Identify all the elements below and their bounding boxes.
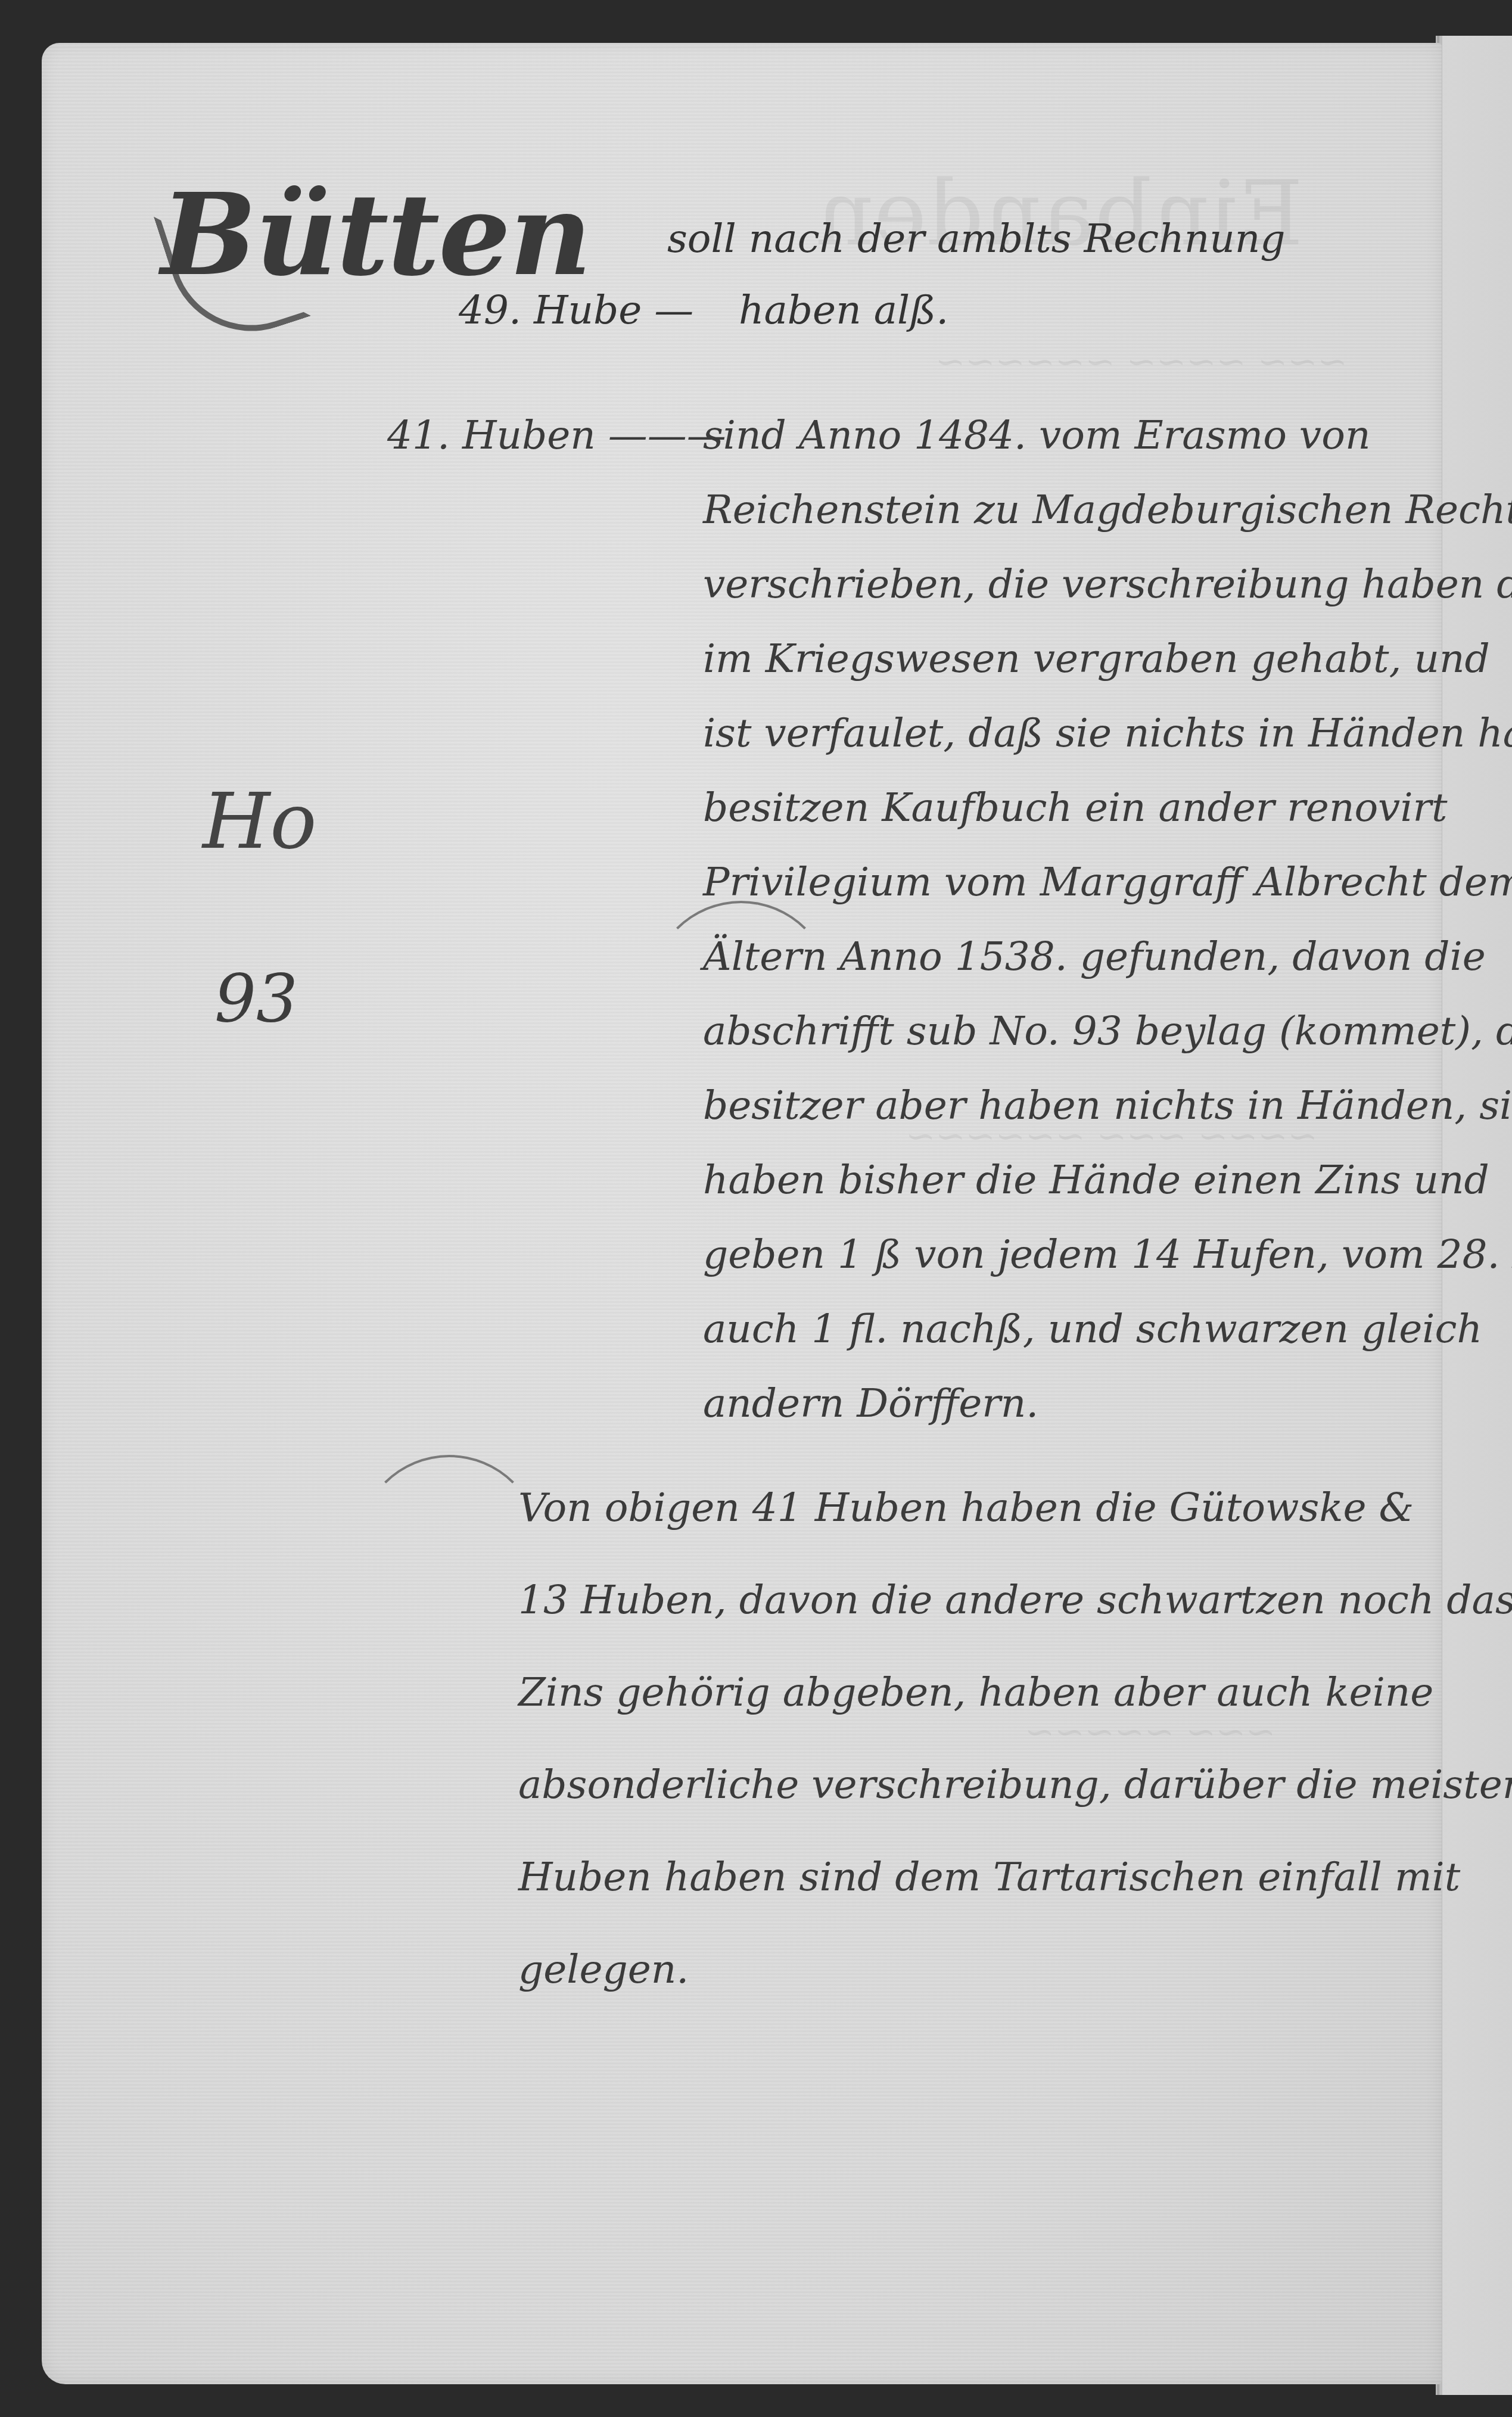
- margin-number: 93: [214, 960, 298, 1037]
- paragraph-line: ist verfaulet, daß sie nichts in Händen …: [703, 710, 1512, 756]
- paragraph-line: besitzer aber haben nichts in Händen, si…: [703, 1082, 1512, 1128]
- paragraph-line: 13 Huben, davon die andere schwartzen no…: [518, 1577, 1512, 1623]
- paragraph-line: Reichenstein zu Magdeburgischen Rechten: [703, 487, 1512, 533]
- adjacent-page-edge: [1441, 36, 1512, 2395]
- paragraph-line: Von obigen 41 Huben haben die Gütowske &: [518, 1485, 1414, 1531]
- paragraph-line: haben bisher die Hände einen Zins und: [703, 1157, 1489, 1203]
- paragraph-line: sind Anno 1484. vom Erasmo von: [703, 412, 1370, 458]
- manuscript-page: Einbanden ~~~ ~~~~ ~~~~~~ ~~~~ ~~~ ~~~~~…: [42, 43, 1442, 2384]
- heading-note-line1: soll nach der amblts Rechnung: [667, 216, 1286, 262]
- paragraph-line: Privilegium vom Marggraff Albrecht dem: [703, 859, 1512, 905]
- heading-note-line2: haben alß.: [739, 287, 948, 333]
- paragraph-line: geben 1 ß von jedem 14 Hufen, vom 28. Hu…: [703, 1231, 1512, 1277]
- entry-label: 41. Huben ———: [387, 412, 726, 458]
- bleed-through-line: ~~~ ~~~~ ~~~~~~: [935, 341, 1348, 382]
- bleed-through-line: ~~~ ~~~~~: [1025, 1711, 1275, 1753]
- paragraph-line: auch 1 fl. nachß, und schwarzen gleich: [703, 1306, 1482, 1352]
- ink-bracket: [649, 901, 833, 1084]
- paragraph-line: Ältern Anno 1538. gefunden, davon die: [703, 934, 1486, 979]
- heading-note-count: 49. Hube —: [459, 287, 693, 333]
- ink-bracket: [357, 1455, 541, 1638]
- paragraph-line: andern Dörffern.: [703, 1380, 1038, 1426]
- paragraph-line: im Kriegswesen vergraben gehabt, und: [703, 636, 1490, 682]
- paragraph-line: verschrieben, die verschreibung haben di…: [703, 561, 1512, 607]
- paragraph-line: absonderliche verschreibung, darüber die…: [518, 1762, 1512, 1808]
- paragraph-line: abschrifft sub No. 93 beylag (kommet), d…: [703, 1008, 1512, 1054]
- paragraph-line: besitzen Kaufbuch ein ander renovirt: [703, 785, 1448, 830]
- paragraph-line: gelegen.: [518, 1946, 689, 1992]
- page-heading: Bütten: [161, 168, 590, 301]
- margin-mark: Ho: [203, 776, 317, 866]
- paragraph-line: Zins gehörig abgeben, haben aber auch ke…: [518, 1669, 1433, 1715]
- paragraph-line: Huben haben sind dem Tartarischen einfal…: [518, 1854, 1460, 1900]
